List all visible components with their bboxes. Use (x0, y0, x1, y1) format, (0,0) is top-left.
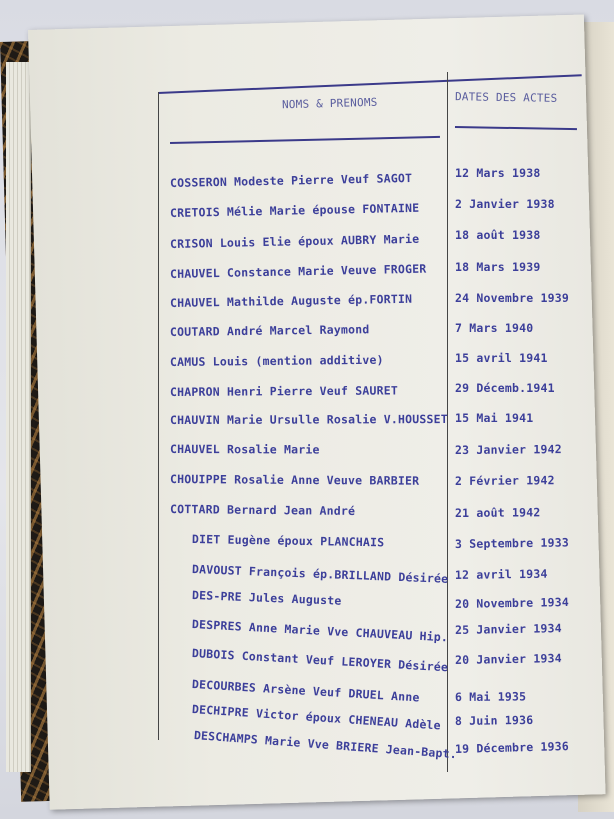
record-name: CAMUS Louis (mention additive) (170, 353, 384, 369)
register-content: NOMS & PRENOMS DATES DES ACTES COSSERON … (0, 0, 614, 819)
record-name: DAVOUST François ép.BRILLAND Désirée (192, 562, 449, 586)
record-name: COTTARD Bernard Jean André (170, 502, 355, 518)
record-name: DESPRES Anne Marie Vve CHAUVEAU Hip. (192, 617, 449, 644)
record-date: 15 Mai 1941 (455, 411, 533, 425)
record-date: 29 Décemb.1941 (455, 381, 555, 395)
record-date: 8 Juin 1936 (455, 713, 534, 728)
names-header-underline (170, 136, 440, 144)
names-column-header: NOMS & PRENOMS (282, 96, 378, 111)
record-name: CHAPRON Henri Pierre Veuf SAURET (170, 383, 398, 399)
record-date: 12 avril 1934 (455, 567, 548, 582)
record-name: CHAUVEL Rosalie Marie (170, 442, 320, 457)
record-name: DES-PRE Jules Auguste (192, 588, 342, 608)
record-name: DECOURBES Arsène Veuf DRUEL Anne (192, 677, 420, 704)
record-name: COSSERON Modeste Pierre Veuf SAGOT (170, 171, 412, 190)
record-date: 7 Mars 1940 (455, 321, 533, 335)
record-date: 18 Mars 1939 (455, 260, 540, 274)
record-date: 20 Janvier 1934 (455, 651, 562, 667)
record-date: 2 Février 1942 (455, 473, 555, 488)
record-name: CHOUIPPE Rosalie Anne Veuve BARBIER (170, 472, 419, 488)
record-date: 23 Janvier 1942 (455, 442, 562, 457)
record-name: CHAUVIN Marie Ursulle Rosalie V.HOUSSET (170, 412, 448, 427)
record-name: CRETOIS Mélie Marie épouse FONTAINE (170, 201, 420, 220)
record-date: 19 Décembre 1936 (455, 739, 569, 756)
record-date: 3 Septembre 1933 (455, 535, 569, 551)
record-name: CRISON Louis Elie époux AUBRY Marie (170, 232, 420, 251)
record-date: 12 Mars 1938 (455, 166, 540, 180)
record-date: 15 avril 1941 (455, 351, 548, 365)
record-name: COUTARD André Marcel Raymond (170, 322, 370, 339)
record-name: CHAUVEL Mathilde Auguste ép.FORTIN (170, 292, 412, 310)
dates-header-underline (455, 126, 577, 130)
record-name: DIET Eugène époux PLANCHAIS (192, 532, 385, 549)
dates-column-header: DATES DES ACTES (455, 90, 558, 105)
record-name: CHAUVEL Constance Marie Veuve FROGER (170, 262, 427, 281)
record-date: 21 août 1942 (455, 505, 541, 520)
record-name: DESCHAMPS Marie Vve BRIERE Jean-Bapt. (193, 728, 457, 761)
record-date: 25 Janvier 1934 (455, 621, 562, 637)
record-date: 2 Janvier 1938 (455, 197, 555, 211)
record-date: 24 Novembre 1939 (455, 291, 569, 305)
record-date: 20 Novembre 1934 (455, 595, 569, 611)
left-margin-line (158, 92, 159, 740)
record-date: 18 août 1938 (455, 228, 540, 242)
record-name: DECHIPRE Victor époux CHENEAU Adèle (192, 702, 442, 732)
record-name: DUBOIS Constant Veuf LEROYER Désirée (192, 646, 449, 674)
record-date: 6 Mai 1935 (455, 689, 526, 704)
